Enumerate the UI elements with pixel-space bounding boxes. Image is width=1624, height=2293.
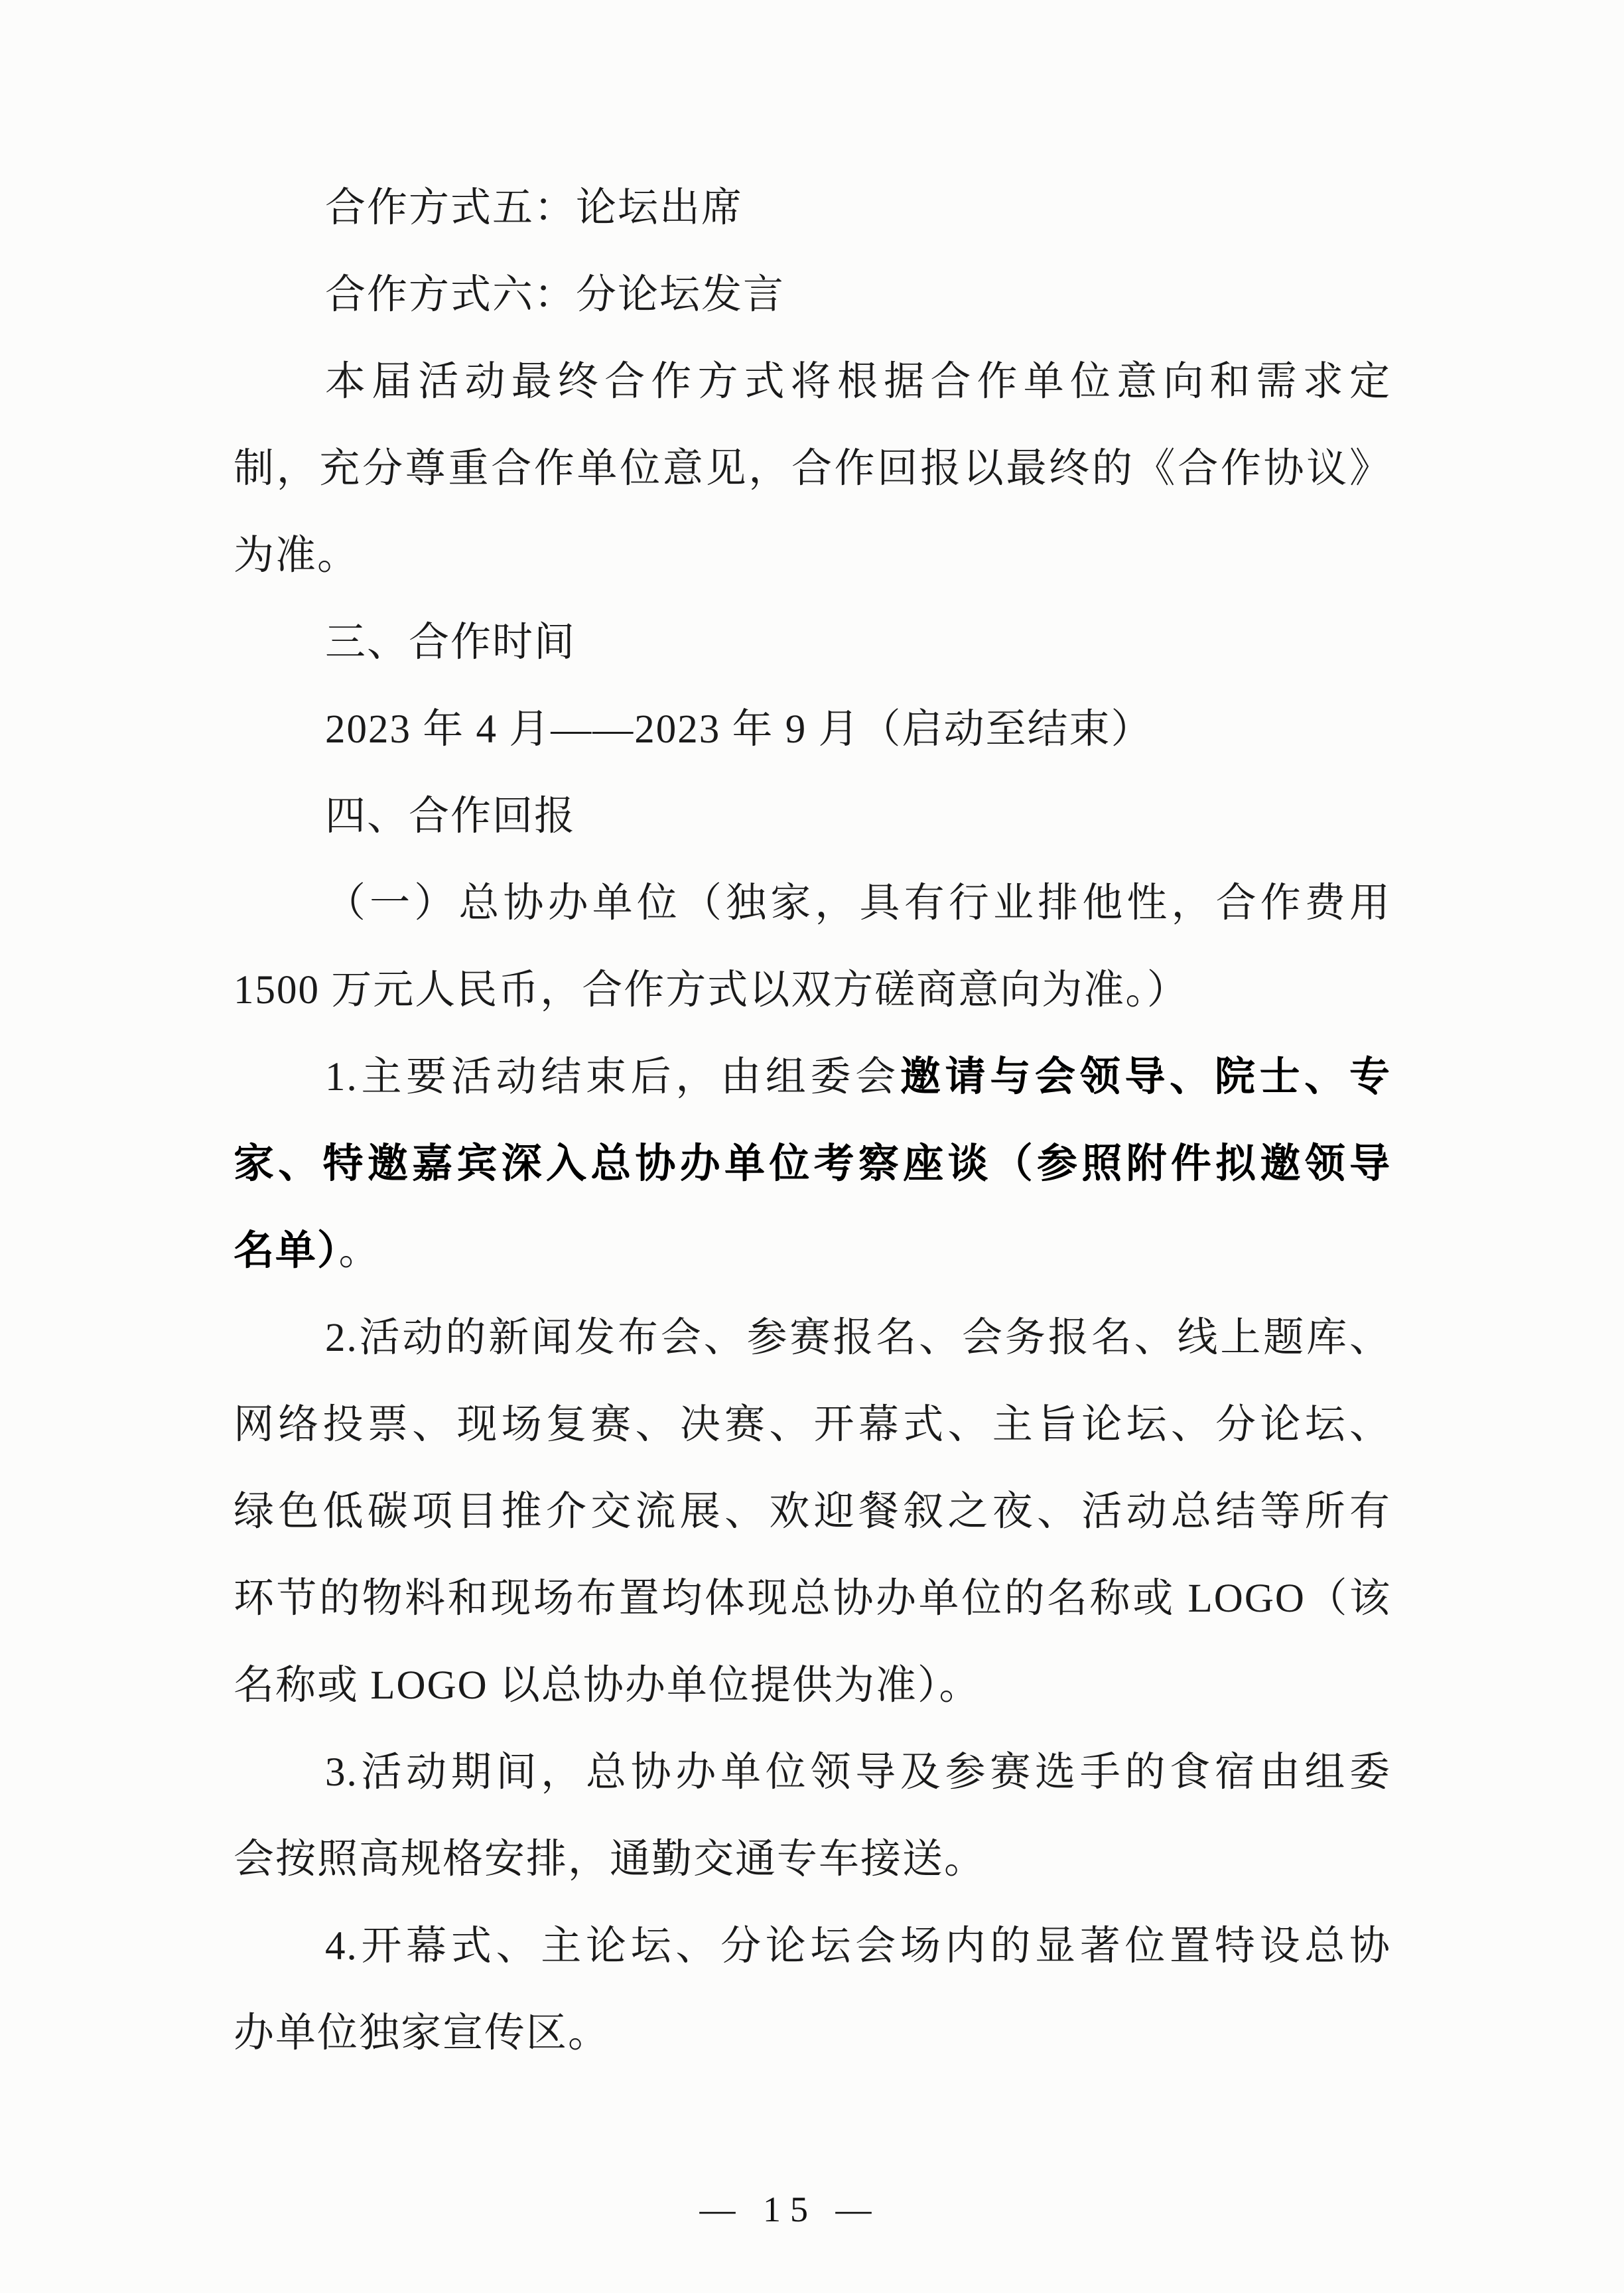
- text-segment: 名称或 LOGO 以总协办单位提供为准）。: [234, 1663, 981, 1708]
- document-line: 1.主要活动结束后，由组委会邀请与会领导、院士、专: [234, 1034, 1391, 1121]
- document-line: 为准。: [234, 512, 1391, 599]
- document-line: 制，充分尊重合作单位意见，合作回报以最终的《合作协议》: [234, 425, 1391, 512]
- document-line: 合作方式五：论坛出席: [234, 165, 1391, 251]
- text-segment: （一）总协办单位（独家，具有行业排他性，合作费用: [325, 881, 1391, 926]
- document-line: 1500 万元人民币，合作方式以双方磋商意向为准。）: [234, 947, 1391, 1034]
- text-segment: 制，充分尊重合作单位意见，合作回报以最终的《合作协议》: [234, 447, 1391, 491]
- document-line: 本届活动最终合作方式将根据合作单位意向和需求定: [234, 338, 1391, 425]
- text-segment: 2023 年 4 月——2023 年 9 月（启动至结束）: [325, 707, 1153, 752]
- document-line: 2023 年 4 月——2023 年 9 月（启动至结束）: [234, 686, 1391, 773]
- document-line: 网络投票、现场复赛、决赛、开幕式、主旨论坛、分论坛、: [234, 1381, 1391, 1468]
- text-segment: 三、合作时间: [325, 620, 576, 665]
- text-segment: 3.活动期间，总协办单位领导及参赛选手的食宿由组委: [325, 1750, 1391, 1795]
- text-segment: 1500 万元人民币，合作方式以双方磋商意向为准。）: [234, 968, 1189, 1012]
- bold-text-segment: 邀请与会领导、院士、专: [900, 1055, 1391, 1099]
- text-segment: 合作方式五：论坛出席: [325, 186, 743, 230]
- bold-text-segment: 名单）: [234, 1229, 339, 1273]
- document-line: 名单）。: [234, 1208, 1391, 1294]
- page-footer: — 15 —: [0, 2178, 1602, 2241]
- document-line: 家、特邀嘉宾深入总协办单位考察座谈（参照附件拟邀领导: [234, 1121, 1391, 1208]
- document-line: 4.开幕式、主论坛、分论坛会场内的显著位置特设总协: [234, 1903, 1391, 1990]
- text-segment: 1.主要活动结束后，由组委会: [325, 1055, 900, 1099]
- text-segment: 。: [339, 1229, 381, 1273]
- page-number: — 15 —: [700, 2189, 881, 2229]
- document-line: 3.活动期间，总协办单位领导及参赛选手的食宿由组委: [234, 1729, 1391, 1816]
- text-segment: 本届活动最终合作方式将根据合作单位意向和需求定: [325, 360, 1391, 404]
- document-line: 绿色低碳项目推介交流展、欢迎餐叙之夜、活动总结等所有: [234, 1468, 1391, 1555]
- text-segment: 合作方式六：分论坛发言: [325, 273, 785, 317]
- document-line: 三、合作时间: [234, 599, 1391, 686]
- document-line: 四、合作回报: [234, 773, 1391, 860]
- document-line: 会按照高规格安排，通勤交通专车接送。: [234, 1816, 1391, 1903]
- document-line: 名称或 LOGO 以总协办单位提供为准）。: [234, 1642, 1391, 1729]
- text-segment: 网络投票、现场复赛、决赛、开幕式、主旨论坛、分论坛、: [234, 1403, 1391, 1447]
- text-segment: 绿色低碳项目推介交流展、欢迎餐叙之夜、活动总结等所有: [234, 1490, 1391, 1534]
- text-segment: 会按照高规格安排，通勤交通专车接送。: [234, 1837, 986, 1882]
- text-segment: 4.开幕式、主论坛、分论坛会场内的显著位置特设总协: [325, 1924, 1391, 1969]
- document-line: 环节的物料和现场布置均体现总协办单位的名称或 LOGO（该: [234, 1555, 1391, 1642]
- text-segment: 2.活动的新闻发布会、参赛报名、会务报名、线上题库、: [325, 1316, 1391, 1360]
- text-segment: 为准。: [234, 533, 359, 578]
- scanned-document-page: 合作方式五：论坛出席合作方式六：分论坛发言本届活动最终合作方式将根据合作单位意向…: [0, 0, 1624, 2293]
- text-segment: 环节的物料和现场布置均体现总协办单位的名称或 LOGO（该: [234, 1576, 1391, 1621]
- text-segment: 办单位独家宣传区。: [234, 2011, 610, 2055]
- document-line: （一）总协办单位（独家，具有行业排他性，合作费用: [234, 860, 1391, 947]
- document-line: 合作方式六：分论坛发言: [234, 251, 1391, 338]
- bold-text-segment: 家、特邀嘉宾深入总协办单位考察座谈（参照附件拟邀领导: [234, 1142, 1391, 1186]
- text-segment: 四、合作回报: [325, 794, 576, 839]
- document-line: 2.活动的新闻发布会、参赛报名、会务报名、线上题库、: [234, 1294, 1391, 1381]
- document-body: 合作方式五：论坛出席合作方式六：分论坛发言本届活动最终合作方式将根据合作单位意向…: [234, 165, 1391, 2077]
- document-line: 办单位独家宣传区。: [234, 1990, 1391, 2077]
